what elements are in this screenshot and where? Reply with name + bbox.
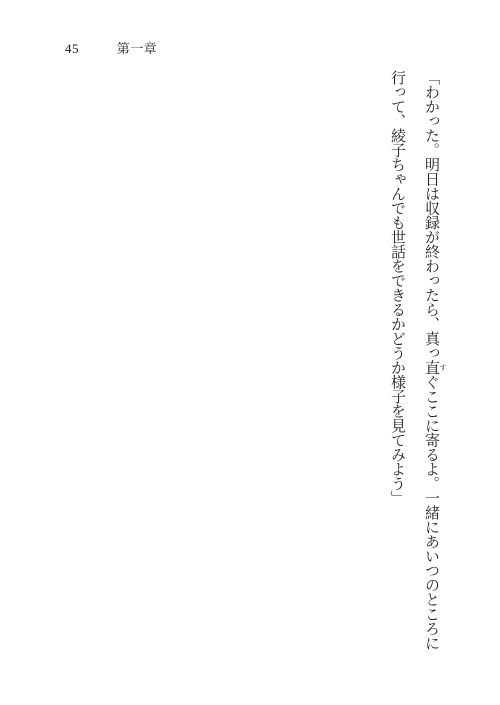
chapter-title: 第一章 <box>117 38 158 57</box>
page-header: 45 第一章 <box>65 38 157 57</box>
line1-segment-after: ぐここに寄るよ。一緒にあいつのところに <box>423 375 439 651</box>
body-text: 「わかった。明日は収録が終わったら、真っ直すぐここに寄るよ。一緒にあいつのところ… <box>380 70 448 690</box>
page-number: 45 <box>65 41 79 57</box>
text-line-2: 行って、綾子ちゃんでも世話をできるかどうか様子を見てみよう」 <box>380 70 414 690</box>
text-line-1: 「わかった。明日は収録が終わったら、真っ直すぐここに寄るよ。一緒にあいつのところ… <box>414 70 448 690</box>
line1-segment-before: 「わかった。明日は収録が終わったら、真っ <box>423 70 439 360</box>
book-page: 45 第一章 「わかった。明日は収録が終わったら、真っ直すぐここに寄るよ。一緒に… <box>0 0 500 705</box>
furigana-text: す <box>439 360 447 375</box>
line2-segment: 行って、綾子ちゃんでも世話をできるかどうか様子を見てみよう」 <box>389 70 405 505</box>
ruby-annotation: 直す <box>423 360 439 375</box>
ruby-base: 直 <box>423 360 439 375</box>
